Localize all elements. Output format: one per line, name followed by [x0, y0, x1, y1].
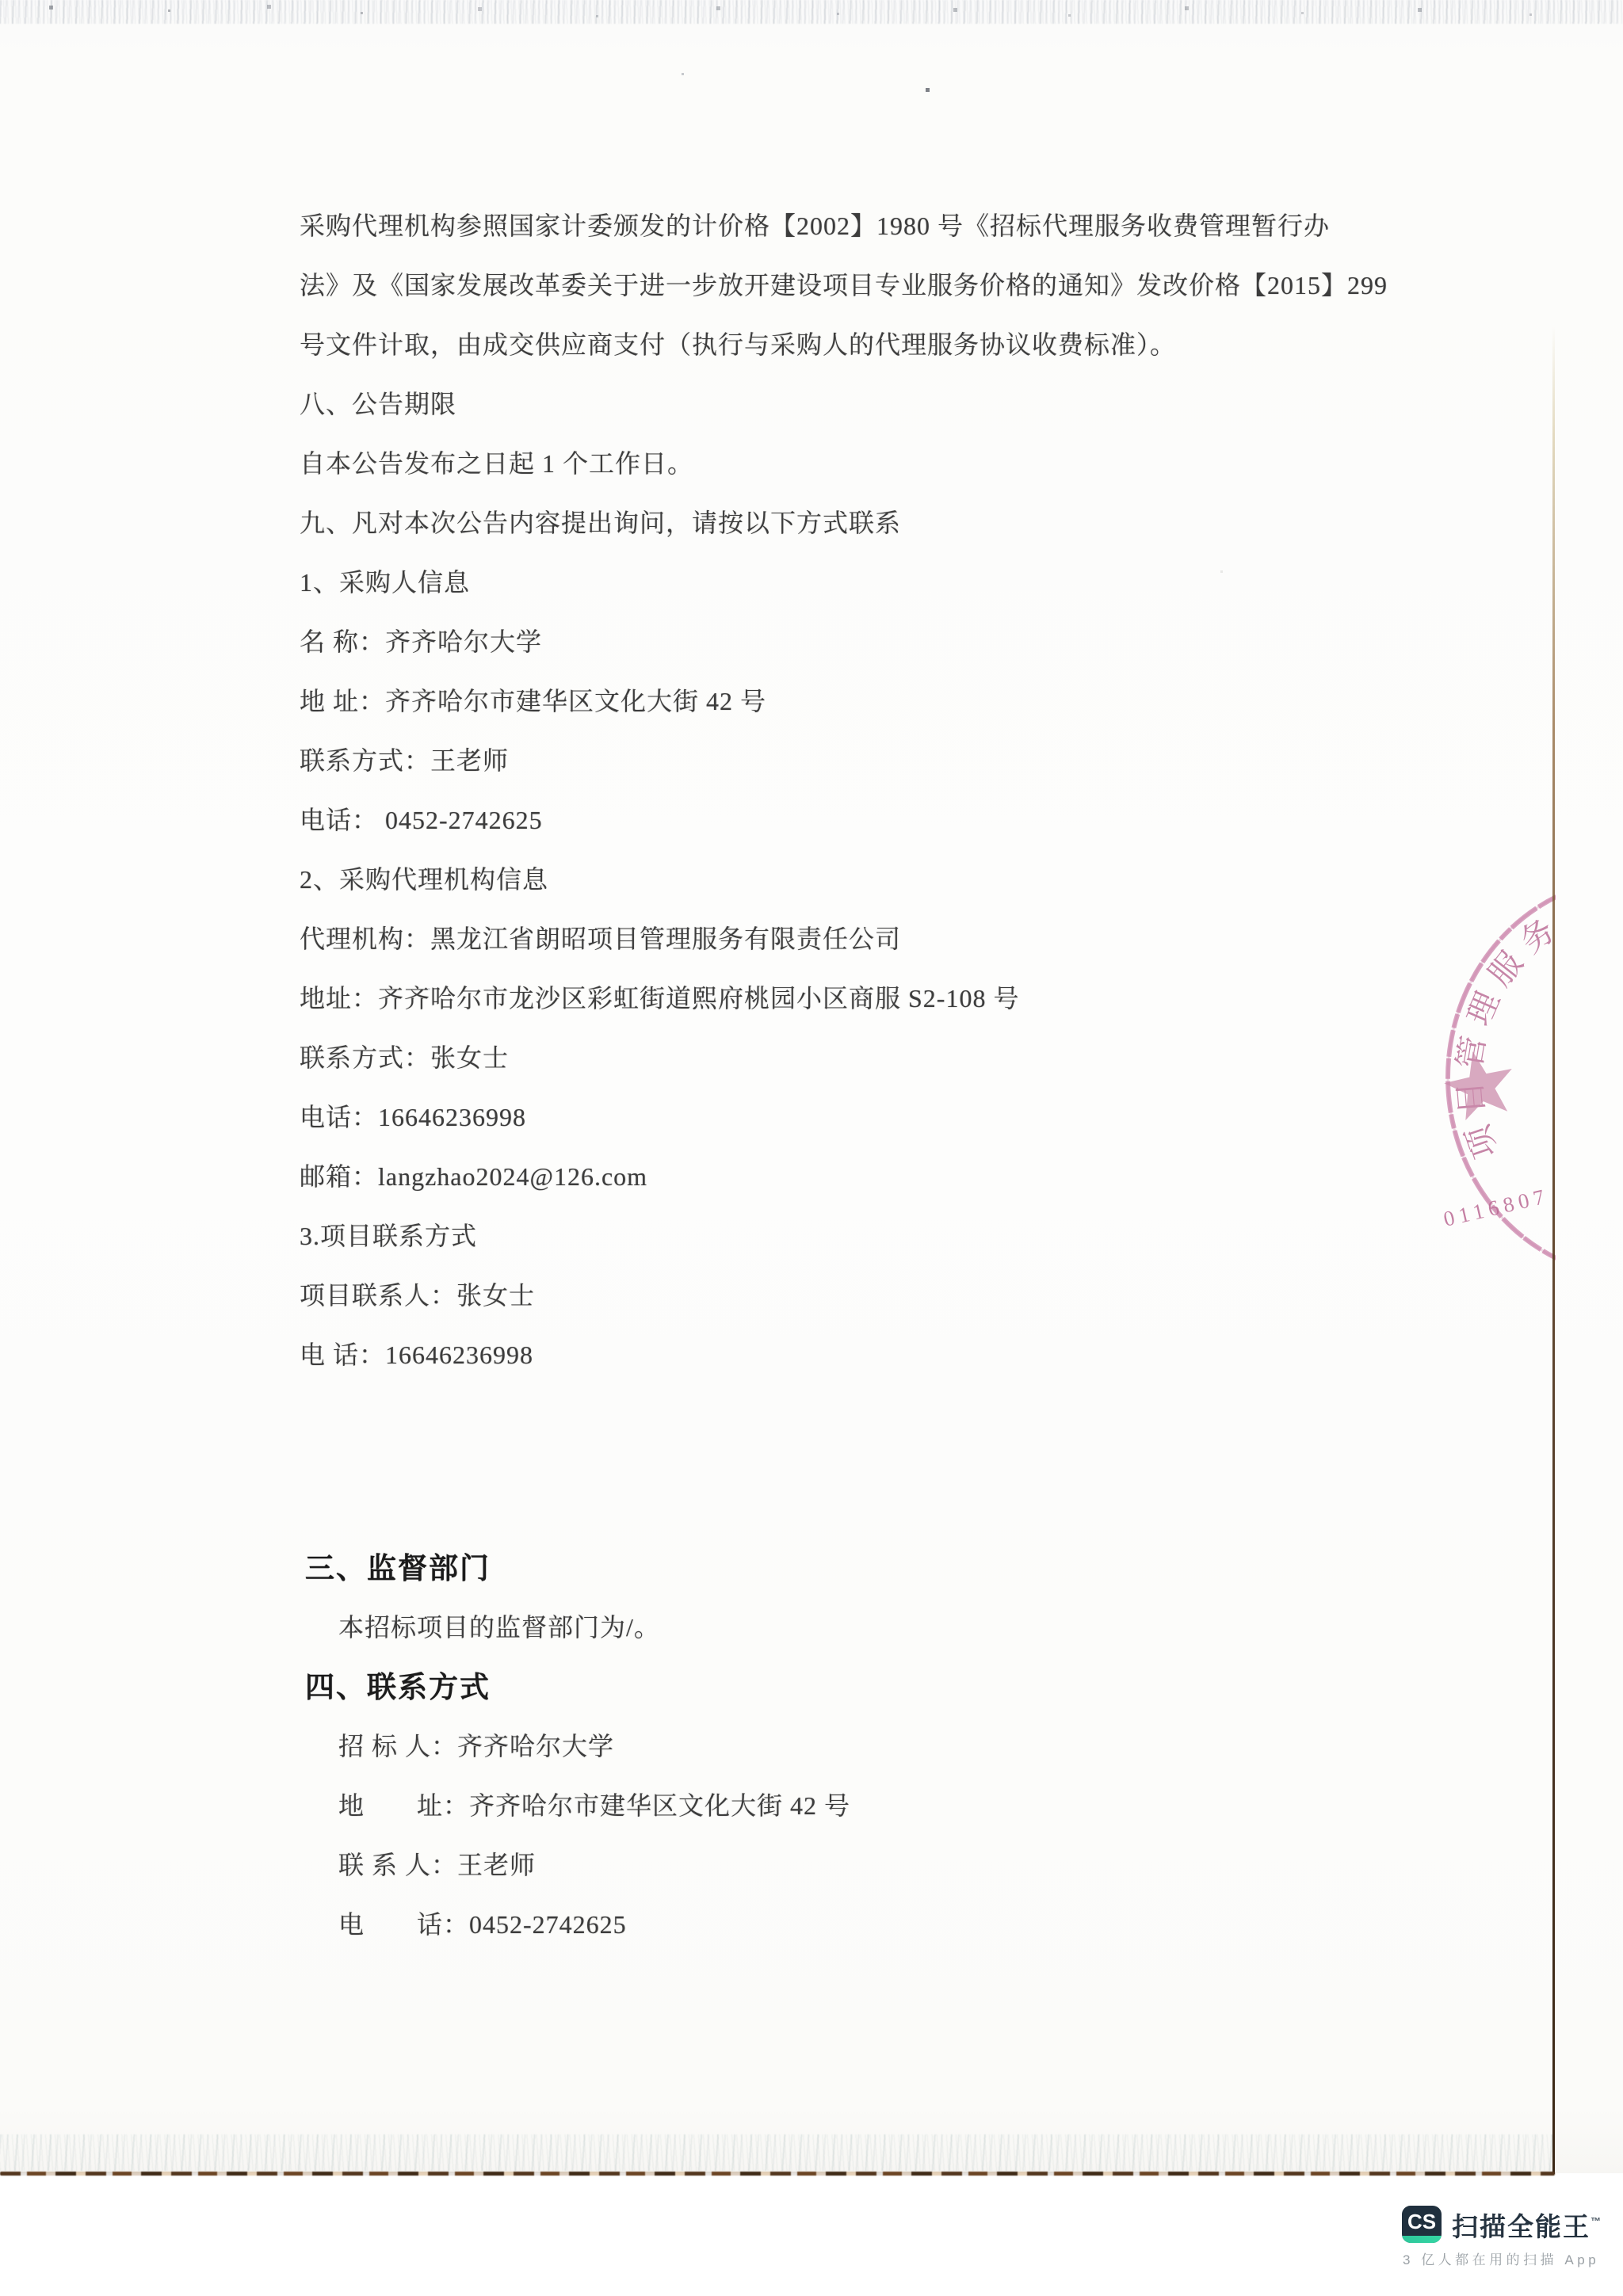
- trademark-symbol: ™: [1591, 2215, 1602, 2227]
- announcement-body: 采购代理机构参照国家计委颁发的计价格【2002】1980 号《招标代理服务收费管…: [300, 196, 1388, 1385]
- purchaser-address-line: 地 址：齐齐哈尔市建华区文化大街 42 号: [300, 672, 1388, 731]
- tenderer-address-line: 地 址：齐齐哈尔市建华区文化大街 42 号: [338, 1776, 850, 1836]
- supervision-contact-section: 三、监督部门 本招标项目的监督部门为/。 四、联系方式 招 标 人：齐齐哈尔大学…: [305, 1539, 850, 1955]
- project-contact-name-line: 项目联系人：张女士: [300, 1266, 1388, 1325]
- section-heading-supervision: 三、监督部门: [305, 1539, 850, 1598]
- agency-phone-line: 电话：16646236998: [300, 1088, 1388, 1147]
- agency-address-line: 地址：齐齐哈尔市龙沙区彩虹街道熙府桃园小区商服 S2-108 号: [300, 969, 1388, 1028]
- tenderer-phone-line: 电 话：0452-2742625: [338, 1895, 850, 1955]
- page-edge-right: [1552, 325, 1555, 2174]
- section9-heading: 九、凡对本次公告内容提出询问，请按以下方式联系: [300, 494, 1388, 553]
- agency-info-heading: 2、采购代理机构信息: [300, 850, 1388, 910]
- section-heading-contact: 四、联系方式: [305, 1657, 850, 1717]
- section8-heading: 八、公告期限: [300, 375, 1388, 434]
- text-line-fee-2: 法》及《国家发展改革委关于进一步放开建设项目专业服务价格的通知》发改价格【201…: [300, 256, 1388, 315]
- agency-seal-stamp: 项目管理服务有限责任公司 0116807: [1347, 864, 1556, 1291]
- scan-noise-bottom: [0, 2134, 1553, 2171]
- scan-noise-top: [0, 0, 1623, 24]
- scan-specks: [0, 0, 2, 2]
- tenderer-contact-line: 联 系 人：王老师: [338, 1836, 850, 1895]
- svg-text:项目管理服务有限责任公司: 项目管理服务有限责任公司: [1451, 883, 1556, 1163]
- camscanner-logo-accent-bar: [1402, 2236, 1442, 2243]
- supervision-dept-line: 本招标项目的监督部门为/。: [338, 1598, 850, 1657]
- scanned-document-page: 采购代理机构参照国家计委颁发的计价格【2002】1980 号《招标代理服务收费管…: [0, 0, 1623, 2296]
- announcement-period-line: 自本公告发布之日起 1 个工作日。: [300, 434, 1388, 494]
- agency-email-line: 邮箱：langzhao2024@126.com: [300, 1147, 1388, 1207]
- agency-name-line: 代理机构：黑龙江省朗昭项目管理服务有限责任公司: [300, 910, 1388, 969]
- camscanner-app-name: 扫描全能王™: [1452, 2206, 1602, 2244]
- camscanner-app-name-text: 扫描全能王: [1452, 2212, 1591, 2241]
- camscanner-tagline: 3 亿人都在用的扫描 App: [1403, 2248, 1599, 2268]
- purchaser-phone-line: 电话： 0452-2742625: [300, 791, 1388, 850]
- tenderer-name-line: 招 标 人：齐齐哈尔大学: [338, 1717, 850, 1776]
- purchaser-contact-line: 联系方式：王老师: [300, 731, 1388, 791]
- purchaser-name-line: 名 称：齐齐哈尔大学: [300, 612, 1388, 672]
- seal-ring-text: 项目管理服务有限责任公司: [1451, 883, 1556, 1163]
- camscanner-watermark: CS 扫描全能王™ 3 亿人都在用的扫描 App: [1402, 2204, 1608, 2275]
- page-edge-bottom: [0, 2172, 1555, 2176]
- camscanner-logo-icon: CS: [1402, 2206, 1442, 2243]
- agency-contact-line: 联系方式：张女士: [300, 1028, 1388, 1088]
- seal-serial: 0116807: [1442, 1184, 1552, 1231]
- camscanner-logo-letters: CS: [1402, 2206, 1442, 2237]
- text-line-fee-3: 号文件计取，由成交供应商支付（执行与采购人的代理服务协议收费标准）。: [300, 315, 1388, 375]
- purchaser-info-heading: 1、采购人信息: [300, 553, 1388, 612]
- project-contact-heading: 3.项目联系方式: [300, 1207, 1388, 1266]
- text-line-fee-1: 采购代理机构参照国家计委颁发的计价格【2002】1980 号《招标代理服务收费管…: [300, 196, 1388, 256]
- project-contact-phone-line: 电 话：16646236998: [300, 1325, 1388, 1385]
